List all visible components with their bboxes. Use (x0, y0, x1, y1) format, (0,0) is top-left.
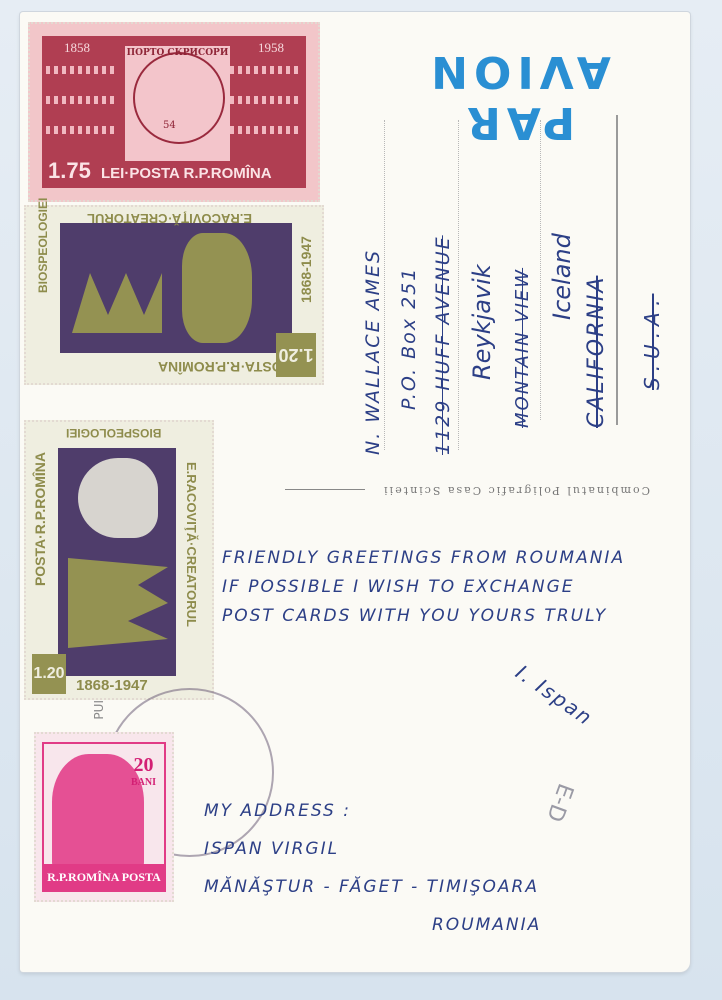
message-line: POST CARDS WITH YOU YOURS TRULY (222, 602, 625, 631)
sender-address-line: ISPAN VIRGIL (204, 830, 541, 868)
stamp-center-value: 54 (163, 120, 176, 131)
recipient-line-8-struck: S.U.A. (640, 294, 664, 390)
stamp-year-right: 1958 (258, 40, 284, 56)
recipient-line-3-struck: 1129 HUFF AVENUE (432, 235, 454, 455)
stamp-unit: BANI (131, 774, 156, 792)
stamp-cyrillic-text: ПОРТО СКРИСОРИ (125, 48, 230, 58)
stamp-bottom-text: LEI·POSTA R.P.ROMÎNA (101, 165, 272, 182)
message-line: FRIENDLY GREETINGS FROM ROUMANIA (222, 544, 625, 573)
stamp-side-text: E.RACOVIŢĂ·CREATORUL (184, 462, 199, 627)
postmark-partial-text: PUI (92, 700, 106, 720)
message: FRIENDLY GREETINGS FROM ROUMANIA IF POSS… (222, 544, 625, 631)
recipient-line-4: Reykjavik (468, 264, 496, 380)
recipient-line-5-struck: MONTAIN VIEW (512, 268, 533, 428)
stamp-value: 1.75 (48, 158, 91, 183)
recipient-line-2: P.O. Box 251 (398, 267, 420, 410)
stamp-racovita-2: POSTA·R.P.ROMÎNA E.RACOVIŢĂ·CREATORUL BI… (24, 420, 214, 700)
sender-address-line: ROUMANIA (204, 906, 541, 944)
recipient-line-7-struck: CALIFORNIA (584, 276, 609, 428)
airmail-label: PAR AVION (368, 46, 668, 148)
printer-imprint: Combinatul Poligrafic Casa Scinteii (382, 484, 650, 497)
address-rule (616, 115, 618, 425)
stamp-country: POSTA·R.P.ROMÎNA (32, 452, 48, 586)
recipient-line-6: Iceland (548, 233, 576, 320)
sender-address-label: MY ADDRESS : (204, 792, 541, 830)
message-line: IF POSSIBLE I WISH TO EXCHANGE (222, 573, 625, 602)
sender-address: MY ADDRESS : ISPAN VIRGIL MĂNĂŞTUR - FĂG… (204, 792, 541, 944)
stamp-side-text: E.RACOVIŢĂ·CREATORUL (87, 211, 252, 226)
stamp-top-text: BIOSPEOLOGIEI (66, 426, 161, 440)
stamp-center-panel: ПОРТО СКРИСОРИ 54 (125, 46, 230, 161)
stamp-country: POSTA·R.P.ROMÎNA (158, 359, 292, 375)
bull-head-icon (133, 52, 225, 144)
stamp-year-left: 1858 (64, 40, 90, 56)
stamp-portrait-art (58, 448, 176, 676)
stamp-years: 1868-1947 (76, 677, 148, 694)
recipient-line-1: N. WALLACE AMES (362, 249, 384, 455)
stamp-value: 20 (133, 754, 153, 776)
stamp-value: 1.20 (32, 654, 66, 694)
stamp-bottom-text: R.P.ROMÎNA POSTA (44, 864, 164, 890)
stamp-value: 1.20 (276, 333, 316, 377)
sender-address-line: MĂNĂŞTUR - FĂGET - TIMIŞOARA (204, 868, 541, 906)
stamp-portrait-art (60, 223, 292, 353)
stamp-top-text: BIOSPEOLOGIEI (36, 198, 50, 293)
stamp-centenary: 1858 1958 ПОРТО СКРИСОРИ 54 1.75 LEI·POS… (28, 22, 320, 202)
stamp-worker: 20BANI R.P.ROMÎNA POSTA (34, 732, 174, 902)
stamp-racovita-1: POSTA·R.P.ROMÎNA E.RACOVIŢĂ·CREATORUL BI… (24, 205, 324, 385)
stamp-years: 1868-1947 (298, 236, 314, 303)
